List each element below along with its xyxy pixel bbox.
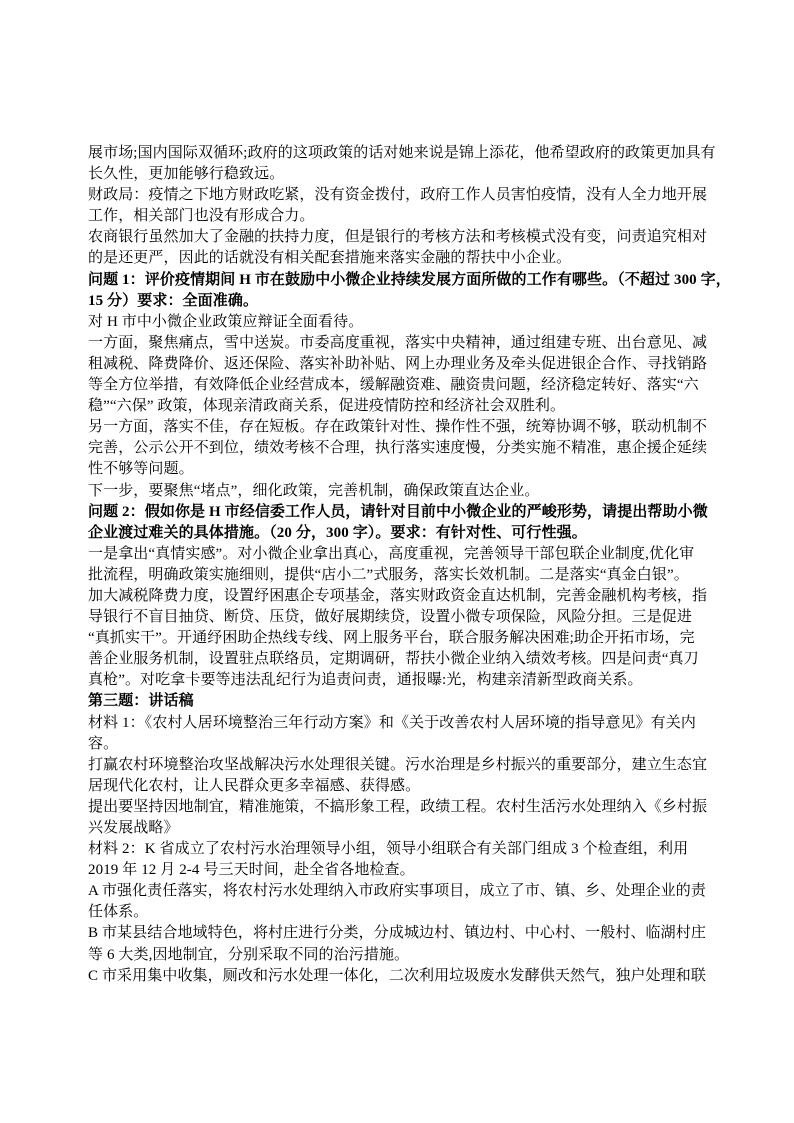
text-line: 展市场;国内国际双循环;政府的这项政策的话对她来说是锦上添花，他希望政府的政策更… bbox=[88, 143, 720, 164]
text-line: 对 H 市中小微企业政策应辩证全面看待。 bbox=[88, 312, 720, 333]
text-line: 问题 1：评价疫情期间 H 市在鼓励中小微企业持续发展方面所做的工作有哪些。（不… bbox=[88, 270, 720, 291]
text-line: 企业渡过难关的具体措施。（20 分，300 字）。要求：有针对性、可行性强。 bbox=[88, 523, 720, 544]
text-line: 材料 1：《农村人居环境整治三年行动方案》和《关于改善农村人居环境的指导意见》有… bbox=[88, 713, 720, 734]
text-line: 等 6 大类,因地制宜，分别采取不同的治污措施。 bbox=[88, 945, 720, 966]
text-line: 加大减税降费力度，设置纾困惠企专项基金，落实财政资金直达机制，完善金融机构考核，… bbox=[88, 586, 720, 607]
text-line: 2019 年 12 月 2-4 号三天时间，赴全省各地检查。 bbox=[88, 860, 720, 881]
text-line: 提出要坚持因地制宜，精准施策，不搞形象工程，政绩工程。农村生活污水处理纳入《乡村… bbox=[88, 797, 720, 818]
text-line: 居现代化农村，让人民群众更多幸福感、获得感。 bbox=[88, 776, 720, 797]
text-line: 任体系。 bbox=[88, 902, 720, 923]
text-line: 财政局：疫情之下地方财政吃紧，没有资金拨付，政府工作人员害怕疫情，没有人全力地开… bbox=[88, 185, 720, 206]
text-line: 15 分）要求：全面准确。 bbox=[88, 291, 720, 312]
text-line: 善企业服务机制，设置驻点联络员，定期调研，帮扶小微企业纳入绩效考核。四是问责“真… bbox=[88, 649, 720, 670]
text-line: 容。 bbox=[88, 734, 720, 755]
text-line: 的是还更严，因此的话就没有相关配套措施来落实金融的帮扶中小企业。 bbox=[88, 248, 720, 269]
text-line: 工作，相关部门也没有形成合力。 bbox=[88, 206, 720, 227]
text-line: C 市采用集中收集，厕改和污水处理一体化，二次利用垃圾废水发酵供天然气，独户处理… bbox=[88, 966, 720, 987]
text-line: 问题 2：假如你是 H 市经信委工作人员，请针对目前中小微企业的严峻形势，请提出… bbox=[88, 502, 720, 523]
text-line: 一是拿出“真情实感”。对小微企业拿出真心，高度重视，完善领导干部包联企业制度,优… bbox=[88, 544, 720, 565]
document-page: 展市场;国内国际双循环;政府的这项政策的话对她来说是锦上添花，他希望政府的政策更… bbox=[0, 0, 794, 1123]
text-line: 批流程，明确政策实施细则，提供“店小二”式服务，落实长效机制。二是落实“真金白银… bbox=[88, 565, 720, 586]
text-line: 兴发展战略》 bbox=[88, 818, 720, 839]
text-line: A 市强化责任落实，将农村污水处理纳入市政府实事项目，成立了市、镇、乡、处理企业… bbox=[88, 881, 720, 902]
text-line: 第三题：讲话稿 bbox=[88, 691, 720, 712]
text-line: 材料 2：K 省成立了农村污水治理领导小组，领导小组联合有关部门组成 3 个检查… bbox=[88, 839, 720, 860]
text-line: 下一步，要聚焦“堵点”，细化政策，完善机制，确保政策直达企业。 bbox=[88, 481, 720, 502]
text-line: B 市某县结合地域特色，将村庄进行分类，分成城边村、镇边村、中心村、一般村、临湖… bbox=[88, 923, 720, 944]
text-line: 租减税、降费降价、返还保险、落实补助补贴、网上办理业务及牵头促进银企合作、寻找销… bbox=[88, 354, 720, 375]
text-line: 长久性，更加能够行稳致远。 bbox=[88, 164, 720, 185]
text-line: 一方面，聚焦痛点，雪中送炭。市委高度重视，落实中央精神，通过组建专班、出台意见、… bbox=[88, 333, 720, 354]
document-text-block: 展市场;国内国际双循环;政府的这项政策的话对她来说是锦上添花，他希望政府的政策更… bbox=[88, 143, 720, 987]
text-line: 等全方位举措，有效降低企业经营成本，缓解融资难、融资贵问题，经济稳定转好、落实“… bbox=[88, 375, 720, 396]
text-line: 打赢农村环境整治攻坚战解决污水处理很关键。污水治理是乡村振兴的重要部分，建立生态… bbox=[88, 755, 720, 776]
text-line: “真抓实干”。开通纾困助企热线专线、网上服务平台，联合服务解决困难;助企开拓市场… bbox=[88, 628, 720, 649]
text-line: 导银行不盲目抽贷、断贷、压贷，做好展期续贷，设置小微专项保险，风险分担。三是促进 bbox=[88, 607, 720, 628]
text-line: 稳”“六保” 政策，体现亲清政商关系，促进疫情防控和经济社会双胜利。 bbox=[88, 396, 720, 417]
text-line: 真枪”。对吃拿卡要等违法乱纪行为追责问责，通报曝:光，构建亲清新型政商关系。 bbox=[88, 670, 720, 691]
text-line: 农商银行虽然加大了金融的扶持力度，但是银行的考核方法和考核模式没有变，问责追究相… bbox=[88, 227, 720, 248]
text-line: 性不够等问题。 bbox=[88, 459, 720, 480]
text-line: 另一方面，落实不佳，存在短板。存在政策针对性、操作性不强，统筹协调不够，联动机制… bbox=[88, 417, 720, 438]
text-line: 完善，公示公开不到位，绩效考核不合理，执行落实速度慢，分类实施不精准，惠企援企延… bbox=[88, 438, 720, 459]
